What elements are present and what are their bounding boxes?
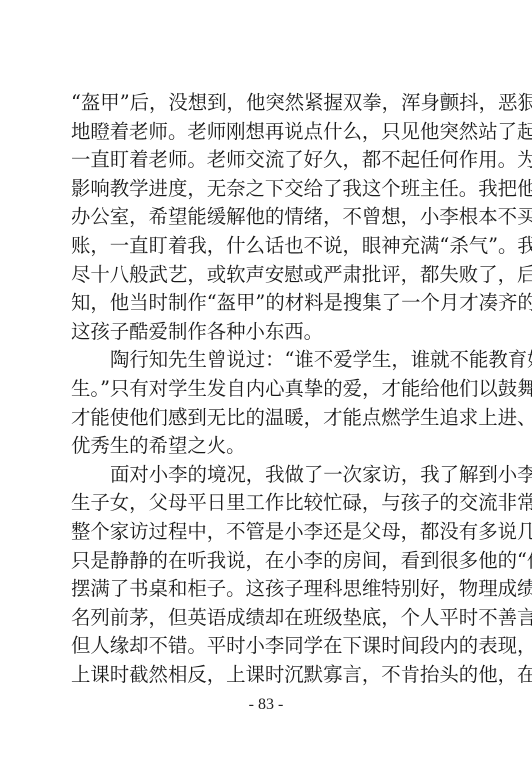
text-line: 上课时截然相反，上课时沉默寡言，不肯抬头的他，在课间	[71, 661, 463, 690]
text-line: 这孩子酷爱制作各种小东西。	[71, 318, 463, 347]
text-line: 优秀生的希望之火。	[71, 432, 463, 461]
text-line: 生。”只有对学生发自内心真挚的爱，才能给他们以鼓舞，	[71, 375, 463, 404]
text-line: 但人缘却不错。平时小李同学在下课时间段内的表现，也跟	[71, 632, 463, 661]
text-line: 陶行知先生曾说过：“谁不爱学生，谁就不能教育好学	[71, 346, 463, 375]
text-line: 摆满了书桌和柜子。这孩子理科思维特别好，物理成绩一直	[71, 575, 463, 604]
text-line: 整个家访过程中，不管是小李还是父母，都没有多说几句话，	[71, 518, 463, 547]
text-line: 尽十八般武艺，或软声安慰或严肃批评，都失败了，后来得	[71, 261, 463, 290]
text-line: 名列前茅，但英语成绩却在班级垫底，个人平时不善言辞，	[71, 604, 463, 633]
text-line: 只是静静的在听我说，在小李的房间，看到很多他的“作品”	[71, 547, 463, 576]
page-number: - 83 -	[0, 696, 532, 714]
text-line: 办公室，希望能缓解他的情绪，不曾想，小李根本不买我的	[71, 203, 463, 232]
body-text: “盔甲”后，没想到，他突然紧握双拳，浑身颤抖，恶狠狠 地瞪着老师。老师刚想再说点…	[71, 89, 463, 689]
text-line: 才能使他们感到无比的温暖，才能点燃学生追求上进、成为	[71, 404, 463, 433]
text-line: 账，一直盯着我，什么话也不说，眼神充满“杀气”。我使	[71, 232, 463, 261]
text-line: 知，他当时制作“盔甲”的材料是搜集了一个月才凑齐的，	[71, 289, 463, 318]
document-page: “盔甲”后，没想到，他突然紧握双拳，浑身颤抖，恶狠狠 地瞪着老师。老师刚想再说点…	[0, 0, 532, 768]
text-line: 地瞪着老师。老师刚想再说点什么，只见他突然站了起来，	[71, 118, 463, 147]
text-line: “盔甲”后，没想到，他突然紧握双拳，浑身颤抖，恶狠狠	[71, 89, 463, 118]
text-line: 面对小李的境况，我做了一次家访，我了解到小李是独	[71, 461, 463, 490]
text-line: 生子女，父母平日里工作比较忙碌，与孩子的交流非常少。	[71, 489, 463, 518]
text-line: 影响教学进度，无奈之下交给了我这个班主任。我把他领到	[71, 175, 463, 204]
text-line: 一直盯着老师。老师交流了好久，都不起任何作用。为了不	[71, 146, 463, 175]
